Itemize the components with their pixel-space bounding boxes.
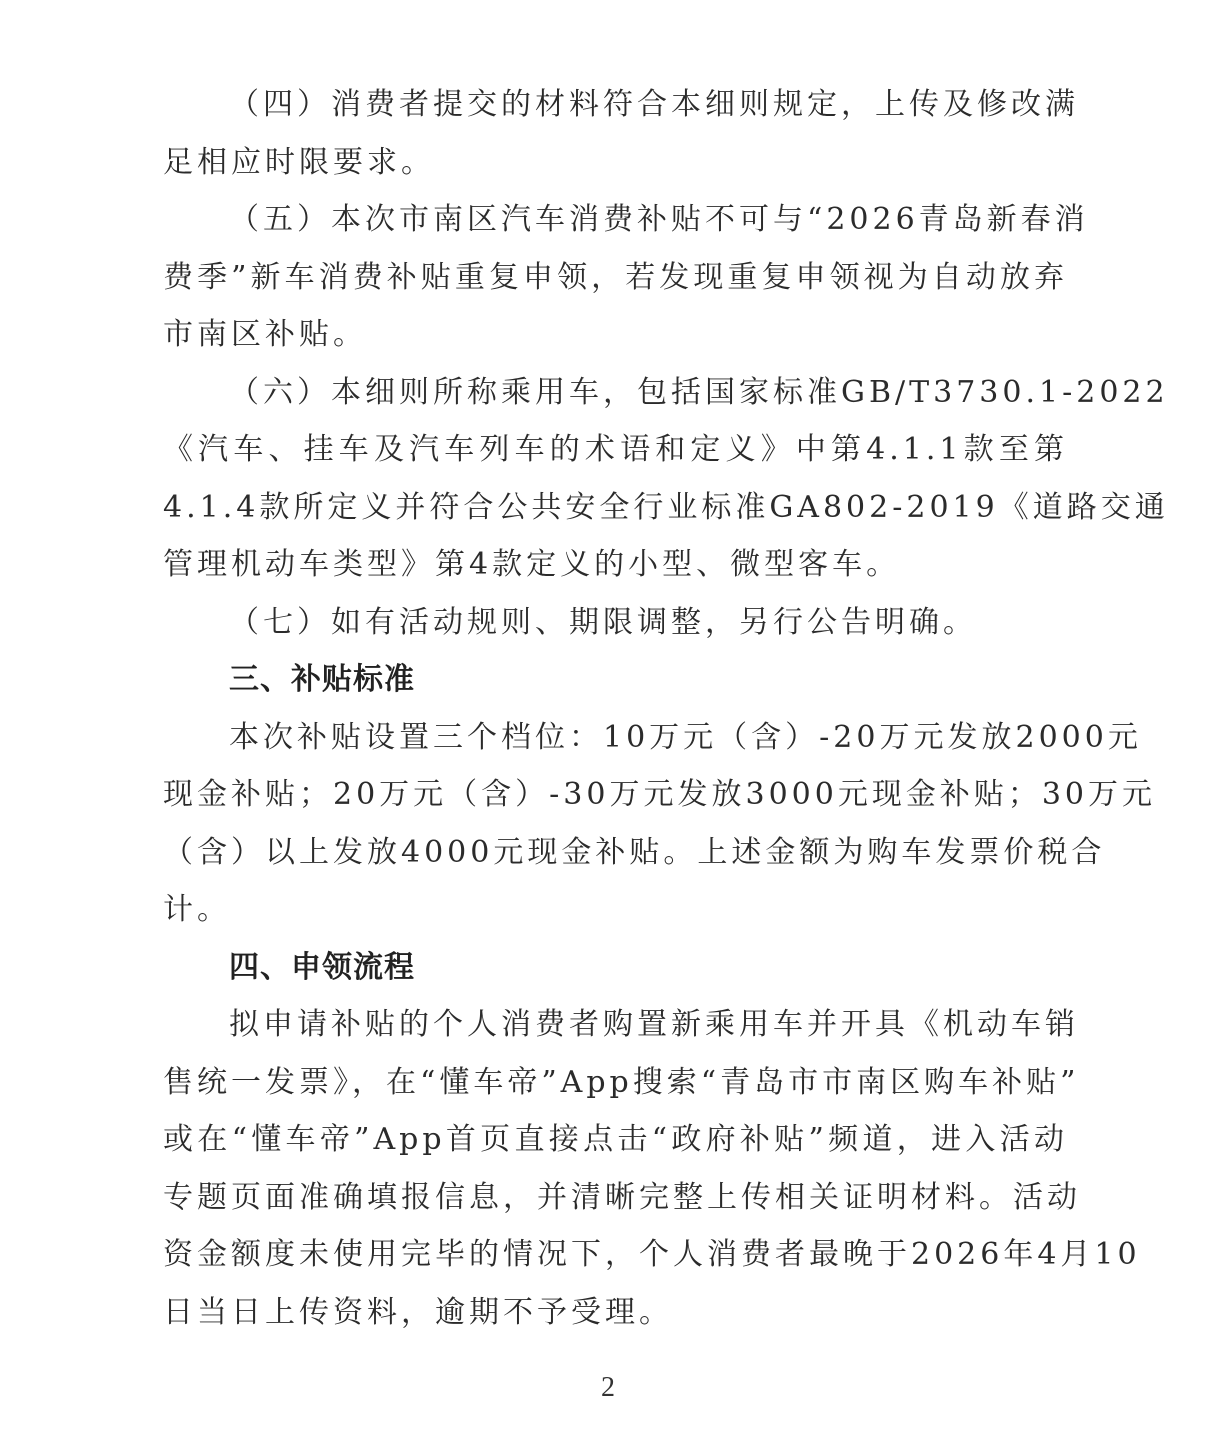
text-line: 资金额度未使用完毕的情况下，个人消费者最晚于2026年4月10 (163, 1226, 1068, 1284)
text-line: 足相应时限要求。 (163, 134, 1068, 192)
page-number: 2 (0, 1372, 1216, 1404)
section-heading: 四、申领流程 (163, 939, 1068, 997)
text-line: 计。 (163, 881, 1068, 939)
text-line: 管理机动车类型》第4款定义的小型、微型客车。 (163, 536, 1068, 594)
text-line: 《汽车、挂车及汽车列车的术语和定义》中第4.1.1款至第 (163, 421, 1068, 479)
text-line: 市南区补贴。 (163, 306, 1068, 364)
clause-item-6: （六）本细则所称乘用车，包括国家标准GB/T3730.1-2022 《汽车、挂车… (163, 364, 1068, 594)
text-line: 日当日上传资料，逾期不予受理。 (163, 1284, 1068, 1342)
text-line: 费季”新车消费补贴重复申领，若发现重复申领视为自动放弃 (163, 249, 1068, 307)
text-line: （五）本次市南区汽车消费补贴不可与“2026青岛新春消 (163, 191, 1068, 249)
text-line: 或在“懂车帝”App首页直接点击“政府补贴”频道，进入活动 (163, 1111, 1068, 1169)
clause-item-4: （四）消费者提交的材料符合本细则规定，上传及修改满 足相应时限要求。 (163, 76, 1068, 191)
text-line: 售统一发票》，在“懂车帝”App搜索“青岛市市南区购车补贴” (163, 1054, 1068, 1112)
text-line: 现金补贴；20万元（含）-30万元发放3000元现金补贴；30万元 (163, 766, 1068, 824)
text-line: （含）以上发放4000元现金补贴。上述金额为购车发票价税合 (163, 824, 1068, 882)
section-heading: 三、补贴标准 (163, 651, 1068, 709)
text-line: （六）本细则所称乘用车，包括国家标准GB/T3730.1-2022 (163, 364, 1068, 422)
text-line: 拟申请补贴的个人消费者购置新乘用车并开具《机动车销 (163, 996, 1068, 1054)
clause-item-7: （七）如有活动规则、期限调整，另行公告明确。 (163, 594, 1068, 652)
text-line: 4.1.4款所定义并符合公共安全行业标准GA802-2019《道路交通 (163, 479, 1068, 537)
text-line: （七）如有活动规则、期限调整，另行公告明确。 (163, 594, 1068, 652)
document-page: （四）消费者提交的材料符合本细则规定，上传及修改满 足相应时限要求。 （五）本次… (163, 76, 1068, 1341)
clause-item-5: （五）本次市南区汽车消费补贴不可与“2026青岛新春消 费季”新车消费补贴重复申… (163, 191, 1068, 364)
text-line: 本次补贴设置三个档位：10万元（含）-20万元发放2000元 (163, 709, 1068, 767)
section-application-process: 四、申领流程 拟申请补贴的个人消费者购置新乘用车并开具《机动车销 售统一发票》，… (163, 939, 1068, 1342)
section-subsidy-standard: 三、补贴标准 本次补贴设置三个档位：10万元（含）-20万元发放2000元 现金… (163, 651, 1068, 939)
text-line: （四）消费者提交的材料符合本细则规定，上传及修改满 (163, 76, 1068, 134)
text-line: 专题页面准确填报信息，并清晰完整上传相关证明材料。活动 (163, 1169, 1068, 1227)
